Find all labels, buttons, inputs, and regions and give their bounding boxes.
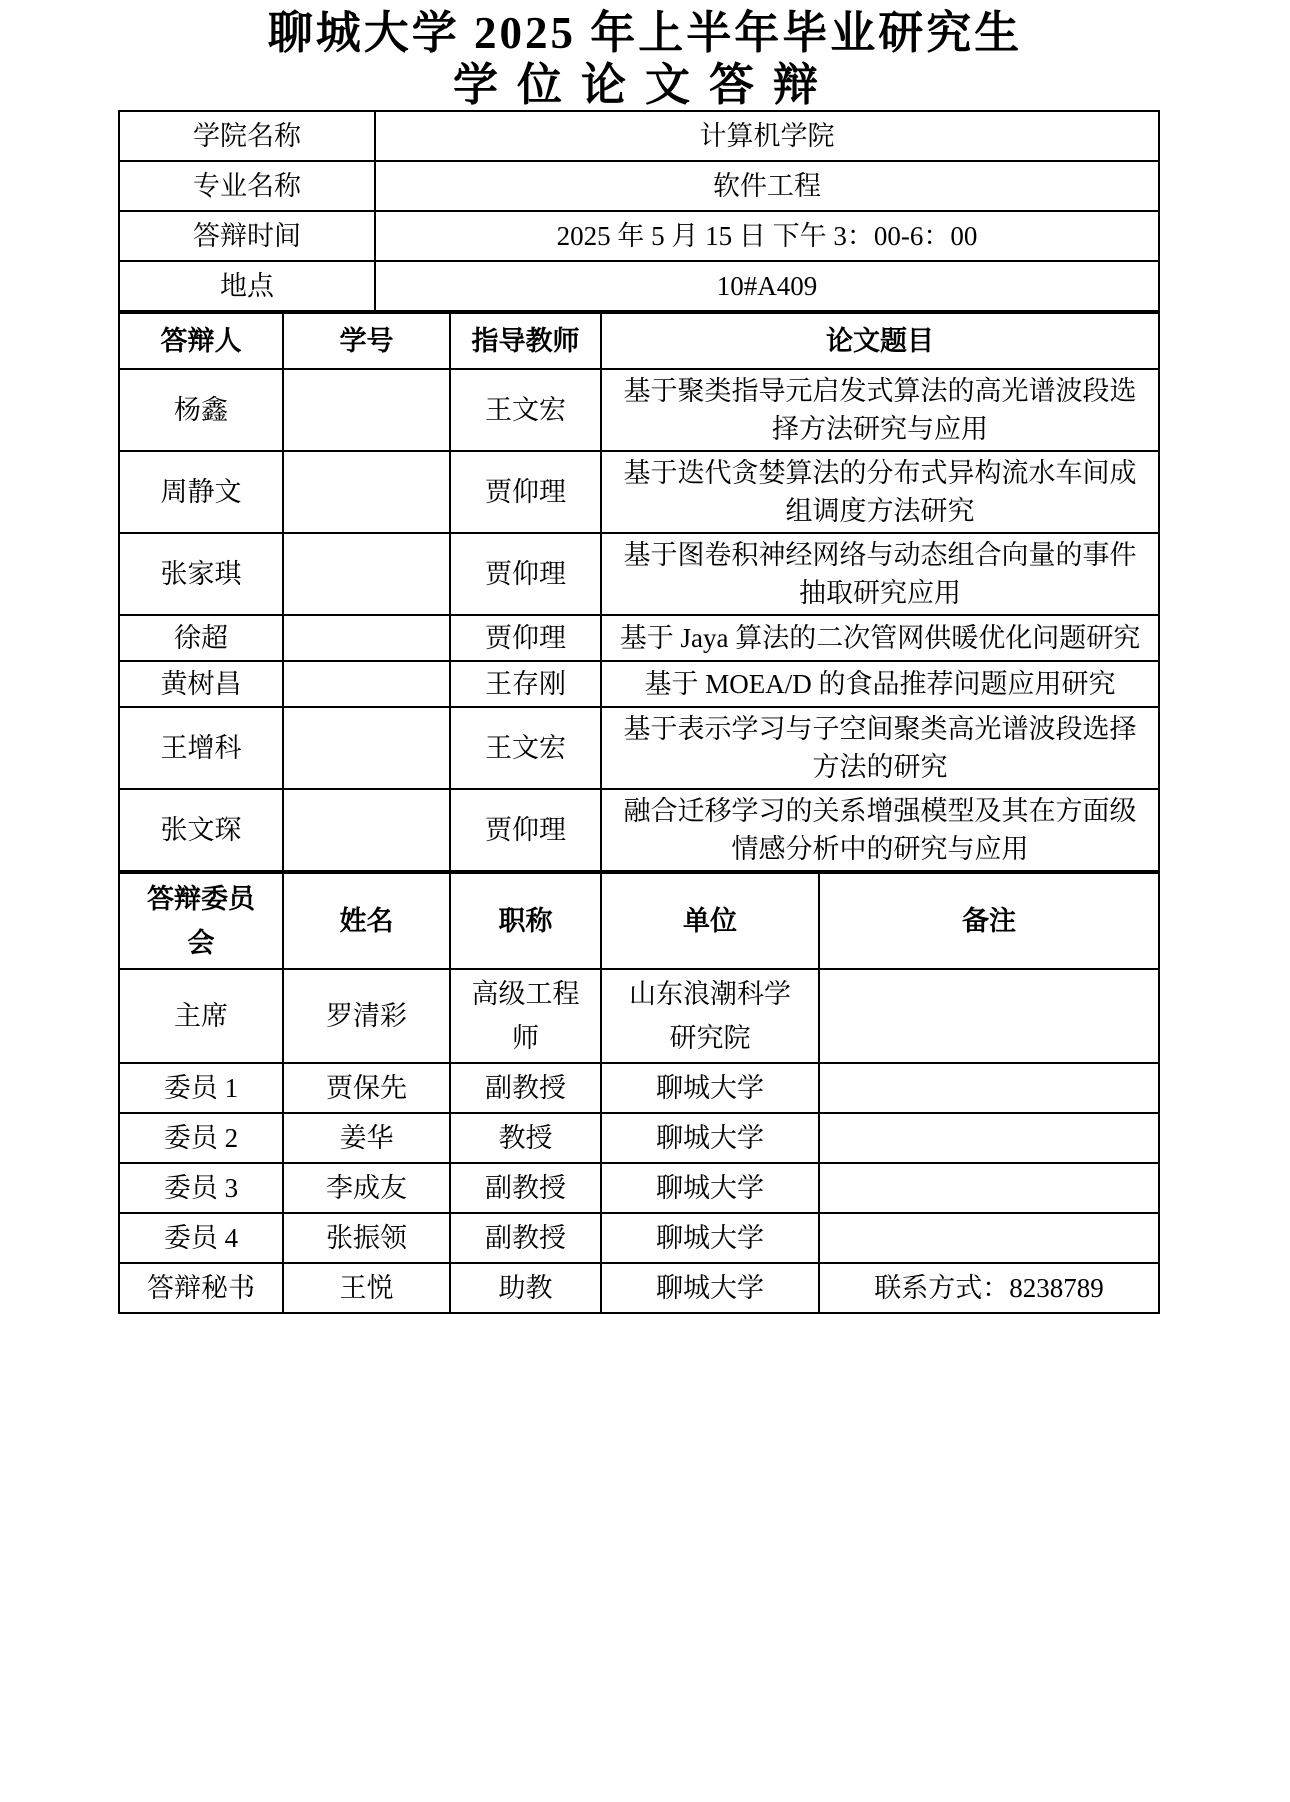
member-remark (819, 969, 1159, 1063)
advisor-name: 王存刚 (450, 661, 601, 707)
table-row: 专业名称 软件工程 (119, 161, 1159, 211)
member-organization: 山东浪潮科学研究院 (601, 969, 819, 1063)
defender-name: 王增科 (119, 707, 283, 789)
student-id (283, 661, 450, 707)
member-organization: 聊城大学 (601, 1063, 819, 1113)
defense-header-row: 答辩人 学号 指导教师 论文题目 (119, 313, 1159, 369)
student-id (283, 451, 450, 533)
table-row: 周静文 贾仰理 基于迭代贪婪算法的分布式异构流水车间成组调度方法研究 (119, 451, 1159, 533)
table-row: 委员 3 李成友 副教授 聊城大学 (119, 1163, 1159, 1213)
member-role: 委员 2 (119, 1113, 283, 1163)
member-role: 答辩秘书 (119, 1263, 283, 1313)
info-label-college: 学院名称 (119, 111, 375, 161)
member-remark: 联系方式：8238789 (819, 1263, 1159, 1313)
defender-name: 杨鑫 (119, 369, 283, 451)
defender-name: 黄树昌 (119, 661, 283, 707)
table-row: 委员 4 张振领 副教授 聊城大学 (119, 1213, 1159, 1263)
col-header-advisor: 指导教师 (450, 313, 601, 369)
title-line-2: 学位论文答辩 (0, 60, 1290, 110)
info-value-time: 2025 年 5 月 15 日 下午 3：00-6：00 (375, 211, 1159, 261)
committee-header-row: 答辩委员会 姓名 职称 单位 备注 (119, 873, 1159, 969)
thesis-title: 基于迭代贪婪算法的分布式异构流水车间成组调度方法研究 (601, 451, 1159, 533)
table-row: 学院名称 计算机学院 (119, 111, 1159, 161)
table-row: 张文琛 贾仰理 融合迁移学习的关系增强模型及其在方面级情感分析中的研究与应用 (119, 789, 1159, 871)
table-row: 委员 1 贾保先 副教授 聊城大学 (119, 1063, 1159, 1113)
member-title: 副教授 (450, 1163, 601, 1213)
table-row: 王增科 王文宏 基于表示学习与子空间聚类高光谱波段选择方法的研究 (119, 707, 1159, 789)
table-row: 徐超 贾仰理 基于 Jaya 算法的二次管网供暖优化问题研究 (119, 615, 1159, 661)
student-id (283, 369, 450, 451)
member-organization: 聊城大学 (601, 1213, 819, 1263)
table-row: 答辩秘书 王悦 助教 聊城大学 联系方式：8238789 (119, 1263, 1159, 1313)
student-id (283, 615, 450, 661)
member-role: 委员 4 (119, 1213, 283, 1263)
col-header-thesis-title: 论文题目 (601, 313, 1159, 369)
member-name: 罗清彩 (283, 969, 450, 1063)
col-header-defender: 答辩人 (119, 313, 283, 369)
member-remark (819, 1213, 1159, 1263)
member-title: 助教 (450, 1263, 601, 1313)
info-label-major: 专业名称 (119, 161, 375, 211)
member-organization: 聊城大学 (601, 1263, 819, 1313)
student-id (283, 707, 450, 789)
member-name: 李成友 (283, 1163, 450, 1213)
info-label-time: 答辩时间 (119, 211, 375, 261)
defense-table: 答辩人 学号 指导教师 论文题目 杨鑫 王文宏 基于聚类指导元启发式算法的高光谱… (118, 312, 1160, 872)
member-name: 贾保先 (283, 1063, 450, 1113)
student-id (283, 533, 450, 615)
advisor-name: 王文宏 (450, 707, 601, 789)
info-label-location: 地点 (119, 261, 375, 311)
info-value-college: 计算机学院 (375, 111, 1159, 161)
document-page: 聊城大学 2025 年上半年毕业研究生 学位论文答辩 学院名称 计算机学院 专业… (0, 0, 1290, 1802)
member-remark (819, 1113, 1159, 1163)
member-organization: 聊城大学 (601, 1113, 819, 1163)
thesis-title: 基于聚类指导元启发式算法的高光谱波段选择方法研究与应用 (601, 369, 1159, 451)
committee-table: 答辩委员会 姓名 职称 单位 备注 主席 罗清彩 高级工程师 山东浪潮科学研究院… (118, 872, 1160, 1314)
member-organization: 聊城大学 (601, 1163, 819, 1213)
thesis-title: 融合迁移学习的关系增强模型及其在方面级情感分析中的研究与应用 (601, 789, 1159, 871)
member-name: 姜华 (283, 1113, 450, 1163)
advisor-name: 贾仰理 (450, 533, 601, 615)
member-remark (819, 1063, 1159, 1113)
thesis-title: 基于表示学习与子空间聚类高光谱波段选择方法的研究 (601, 707, 1159, 789)
col-header-title: 职称 (450, 873, 601, 969)
member-remark (819, 1163, 1159, 1213)
col-header-organization: 单位 (601, 873, 819, 969)
col-header-remark: 备注 (819, 873, 1159, 969)
title-line-1: 聊城大学 2025 年上半年毕业研究生 (0, 8, 1290, 58)
info-value-location: 10#A409 (375, 261, 1159, 311)
advisor-name: 王文宏 (450, 369, 601, 451)
thesis-title: 基于 MOEA/D 的食品推荐问题应用研究 (601, 661, 1159, 707)
col-header-student-id: 学号 (283, 313, 450, 369)
member-title: 教授 (450, 1113, 601, 1163)
member-title: 高级工程师 (450, 969, 601, 1063)
tables-container: 学院名称 计算机学院 专业名称 软件工程 答辩时间 2025 年 5 月 15 … (118, 110, 1158, 1314)
col-header-committee: 答辩委员会 (119, 873, 283, 969)
defender-name: 张家琪 (119, 533, 283, 615)
table-row: 委员 2 姜华 教授 聊城大学 (119, 1113, 1159, 1163)
advisor-name: 贾仰理 (450, 615, 601, 661)
col-header-name: 姓名 (283, 873, 450, 969)
member-role: 主席 (119, 969, 283, 1063)
member-name: 王悦 (283, 1263, 450, 1313)
defender-name: 徐超 (119, 615, 283, 661)
info-table: 学院名称 计算机学院 专业名称 软件工程 答辩时间 2025 年 5 月 15 … (118, 110, 1160, 312)
thesis-title: 基于 Jaya 算法的二次管网供暖优化问题研究 (601, 615, 1159, 661)
member-title: 副教授 (450, 1213, 601, 1263)
table-row: 答辩时间 2025 年 5 月 15 日 下午 3：00-6：00 (119, 211, 1159, 261)
defender-name: 张文琛 (119, 789, 283, 871)
table-row: 杨鑫 王文宏 基于聚类指导元启发式算法的高光谱波段选择方法研究与应用 (119, 369, 1159, 451)
info-value-major: 软件工程 (375, 161, 1159, 211)
advisor-name: 贾仰理 (450, 451, 601, 533)
advisor-name: 贾仰理 (450, 789, 601, 871)
member-title: 副教授 (450, 1063, 601, 1113)
page-title: 聊城大学 2025 年上半年毕业研究生 学位论文答辩 (0, 0, 1290, 110)
table-row: 地点 10#A409 (119, 261, 1159, 311)
table-row: 主席 罗清彩 高级工程师 山东浪潮科学研究院 (119, 969, 1159, 1063)
table-row: 张家琪 贾仰理 基于图卷积神经网络与动态组合向量的事件抽取研究应用 (119, 533, 1159, 615)
thesis-title: 基于图卷积神经网络与动态组合向量的事件抽取研究应用 (601, 533, 1159, 615)
member-name: 张振领 (283, 1213, 450, 1263)
student-id (283, 789, 450, 871)
table-row: 黄树昌 王存刚 基于 MOEA/D 的食品推荐问题应用研究 (119, 661, 1159, 707)
member-role: 委员 3 (119, 1163, 283, 1213)
member-role: 委员 1 (119, 1063, 283, 1113)
defender-name: 周静文 (119, 451, 283, 533)
